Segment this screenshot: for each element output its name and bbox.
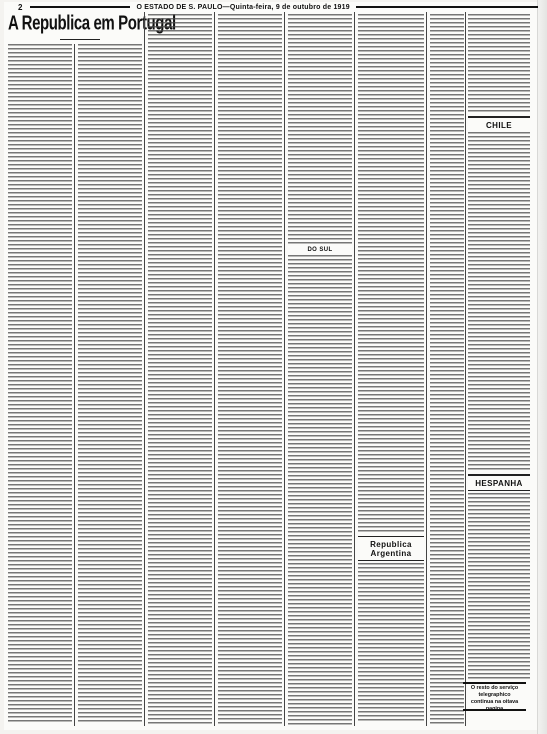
page-edge: [537, 0, 547, 734]
column-5: DO SUL: [288, 14, 352, 726]
column-4-text: [218, 14, 282, 726]
main-headline: A Republica em Portugal: [8, 12, 143, 42]
column-1-text: [8, 44, 72, 724]
section-heading-argentina: Republica Argentina: [358, 540, 424, 558]
masthead: 2 O ESTADO DE S. PAULO—Quinta-feira, 9 d…: [18, 3, 538, 11]
section-rule: [358, 536, 424, 537]
column-divider: [144, 12, 145, 726]
column-8: CHILE HESPANHA: [468, 14, 530, 680]
headline-rule: [60, 39, 100, 40]
section-heading-chile: CHILE: [468, 121, 530, 130]
column-8-text: [468, 14, 530, 114]
column-8-text: [468, 493, 530, 680]
section-rule: [468, 474, 530, 476]
column-6-text: [358, 14, 424, 534]
masthead-title: O ESTADO DE S. PAULO—Quinta-feira, 9 de …: [136, 4, 349, 11]
column-8-text: [468, 132, 530, 472]
column-2-text: [78, 44, 142, 724]
column-7-text: [430, 14, 464, 726]
masthead-rule: [30, 6, 130, 8]
section-rule: [468, 490, 530, 491]
column-3-text: [148, 14, 212, 726]
section-rule: [468, 116, 530, 118]
section-heading-hespanha: HESPANHA: [468, 479, 530, 488]
section-rule: [358, 560, 424, 561]
section-heading-sul: DO SUL: [288, 247, 352, 253]
column-5-text: [288, 255, 352, 725]
column-5-text: [288, 14, 352, 244]
masthead-rule: [356, 6, 538, 8]
column-divider: [214, 12, 215, 726]
column-divider: [74, 44, 75, 726]
column-divider: [354, 12, 355, 726]
continuation-notice: O resto do serviço telegraphico continua…: [463, 682, 526, 711]
column-divider: [426, 12, 427, 726]
column-divider: [465, 12, 466, 726]
column-6: Republica Argentina: [358, 14, 424, 726]
continuation-line-2: continua na oitava pagina: [463, 699, 526, 713]
column-6-text: [358, 563, 424, 723]
continuation-line-1: O resto do serviço telegraphico: [463, 685, 526, 699]
column-divider: [284, 12, 285, 726]
page-number: 2: [18, 3, 22, 12]
